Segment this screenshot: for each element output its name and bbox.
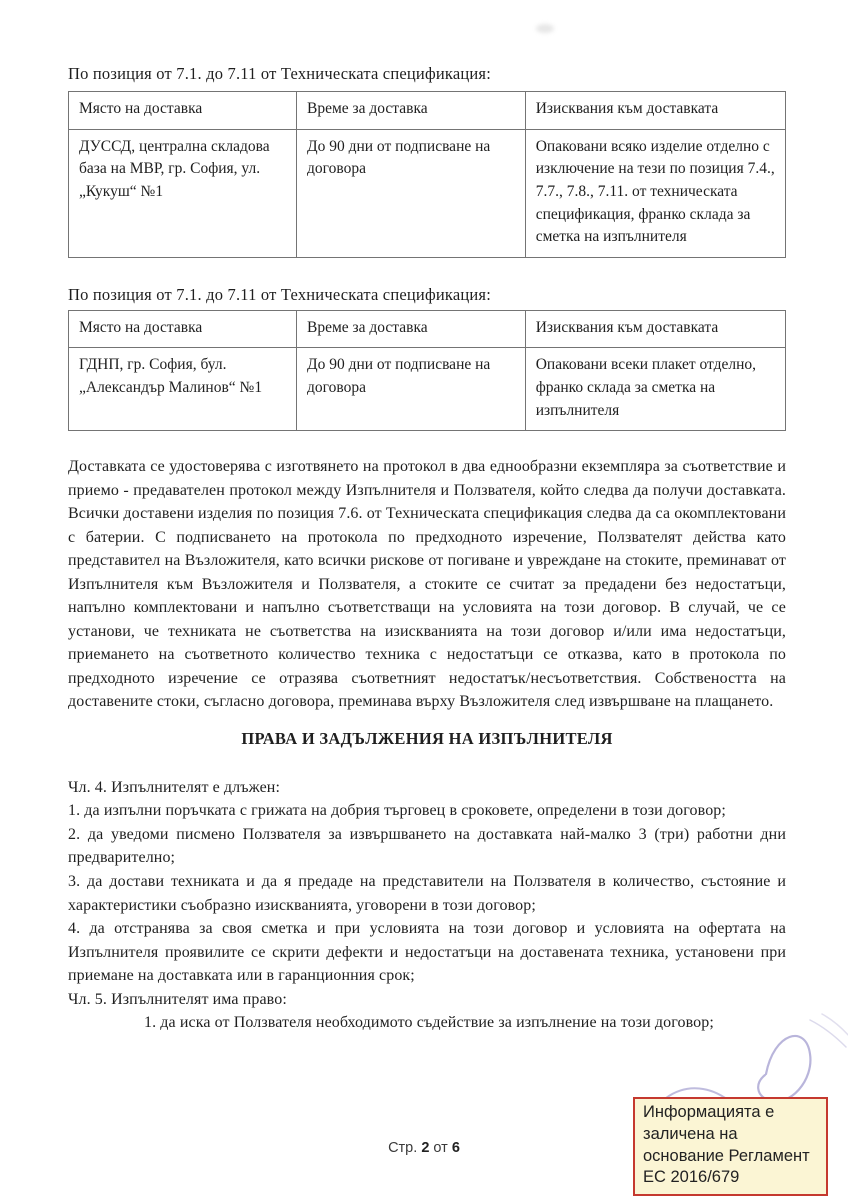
article-4-item-2: 2. да уведоми писмено Ползвателя за извъ… [68,823,786,870]
cell-delivery-time: До 90 дни от подписване на договора [297,348,526,431]
header-cell-place: Място на доставка [69,92,297,130]
cell-delivery-requirements: Опаковани всяко изделие отделно с изключ… [525,129,785,257]
header-cell-requirements: Изисквания към доставката [525,310,785,348]
rights-obligations-heading: ПРАВА И ЗАДЪЛЖЕНИЯ НА ИЗПЪЛНИТЕЛЯ [68,729,786,749]
footer-page-number: 2 [421,1140,429,1156]
table-header-row: Място на доставка Време за доставка Изис… [69,92,786,130]
header-cell-requirements: Изисквания към доставката [525,92,785,130]
article-4-item-3: 3. да достави техниката и да я предаде н… [68,870,786,917]
header-cell-time: Време за доставка [297,310,526,348]
article-5-intro: Чл. 5. Изпълнителят има право: [68,988,786,1012]
footer-of-word: от [433,1140,447,1156]
delivery-table-1: Място на доставка Време за доставка Изис… [68,91,786,258]
article-4-item-1: 1. да изпълни поръчката с грижата на доб… [68,799,786,823]
footer-prefix: Стр. [388,1140,417,1156]
scan-smudge [536,24,554,33]
cell-delivery-time: До 90 дни от подписване на договора [297,129,526,257]
delivery-table-2: Място на доставка Време за доставка Изис… [68,310,786,432]
cell-delivery-requirements: Опаковани всеки плакет отделно, франко с… [525,348,785,431]
gdpr-redaction-note: Информацията е заличена на основание Рег… [633,1097,828,1196]
articles-block: Чл. 4. Изпълнителят е длъжен: 1. да изпъ… [68,776,786,1035]
table-row: ДУССД, централна складова база на МВР, г… [69,129,786,257]
article-4-intro: Чл. 4. Изпълнителят е длъжен: [68,776,786,800]
footer-total-pages: 6 [452,1140,460,1156]
spec-heading-1: По позиция от 7.1. до 7.11 от Техническа… [68,64,786,84]
delivery-acceptance-paragraph: Доставката се удостоверява с изготвянето… [68,455,786,714]
table-row: ГДНП, гр. София, бул. „Александър Малино… [69,348,786,431]
header-cell-place: Място на доставка [69,310,297,348]
header-cell-time: Време за доставка [297,92,526,130]
cell-delivery-place: ГДНП, гр. София, бул. „Александър Малино… [69,348,297,431]
spec-heading-2: По позиция от 7.1. до 7.11 от Техническа… [68,285,786,305]
table-header-row: Място на доставка Време за доставка Изис… [69,310,786,348]
cell-delivery-place: ДУССД, централна складова база на МВР, г… [69,129,297,257]
scanned-contract-page: По позиция от 7.1. до 7.11 от Техническа… [0,0,848,1200]
page-content: По позиция от 7.1. до 7.11 от Техническа… [68,64,786,1035]
article-4-item-4: 4. да отстранява за своя сметка и при ус… [68,917,786,988]
